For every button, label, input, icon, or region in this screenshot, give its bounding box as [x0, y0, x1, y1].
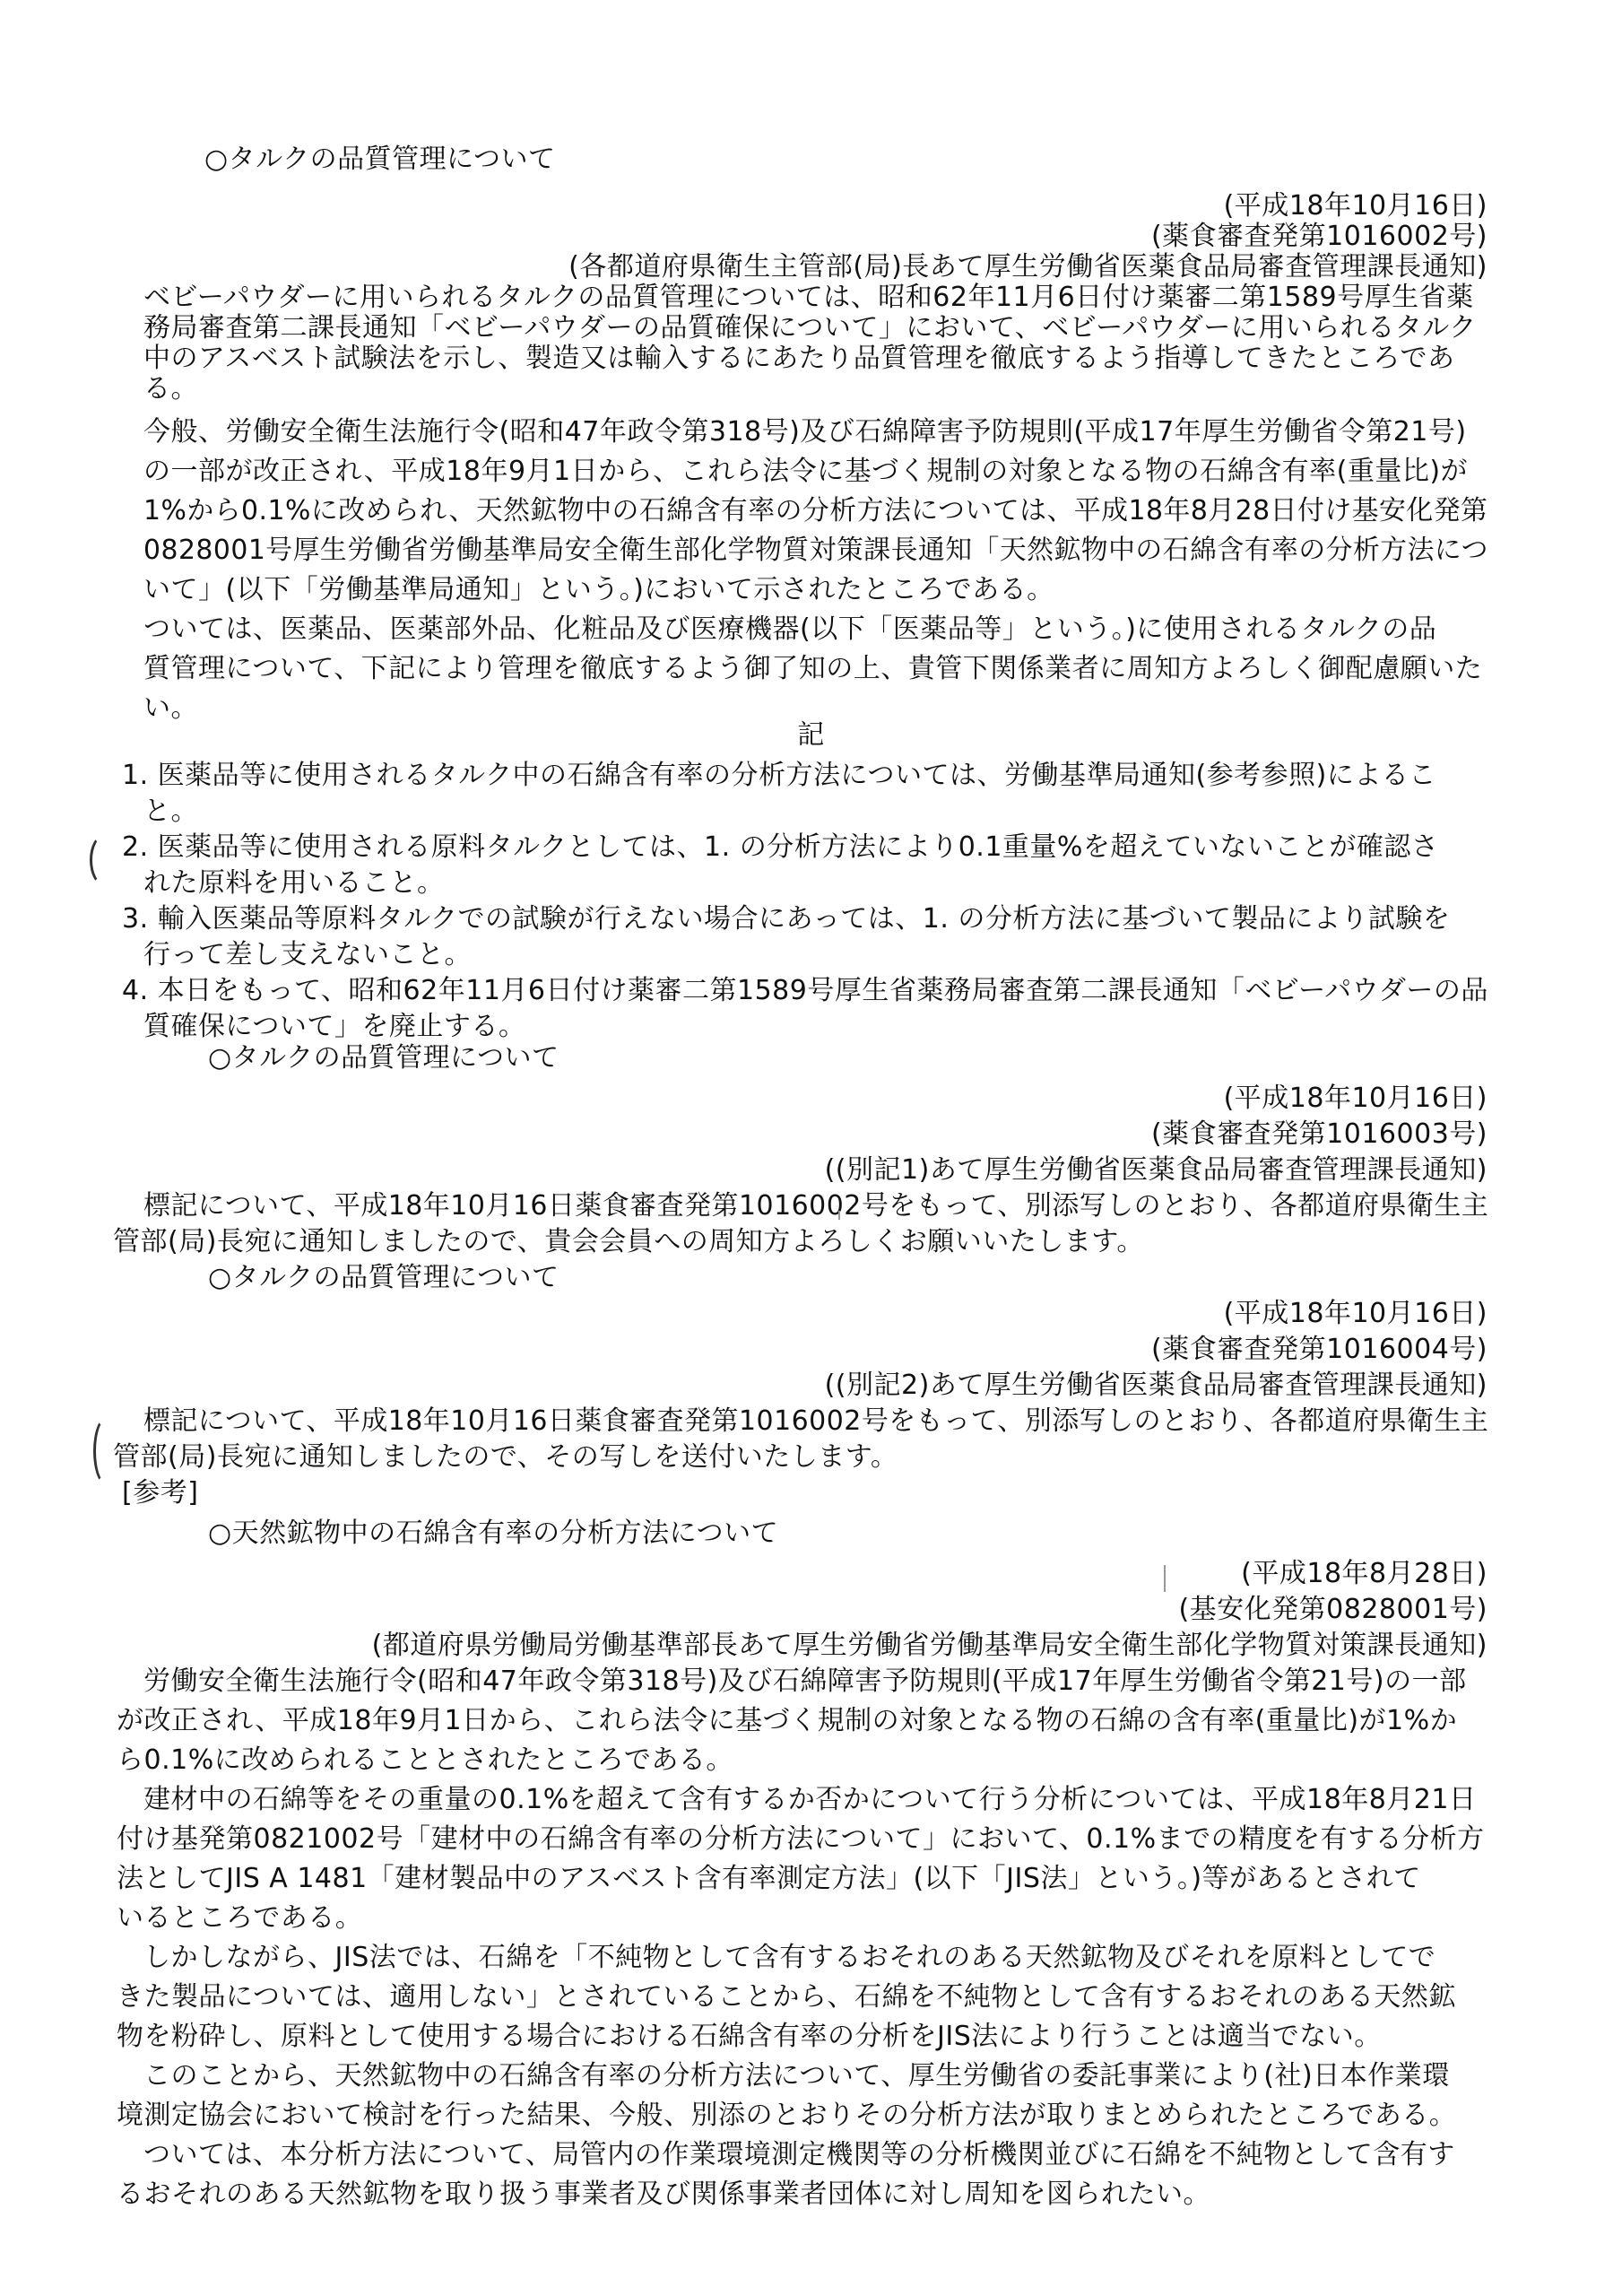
item-line: 質確保について」を廃止する。	[143, 1009, 525, 1045]
reference-body-line: るおそれのある天然鉱物を取り扱う事業者及び関係事業者団体に対し周知を図られたい。	[117, 2177, 1210, 2213]
reference-number: (基安化発第0828001号)	[1178, 1592, 1488, 1628]
handwritten-bracket-mark	[93, 1417, 119, 1485]
item-line: 行って差し支えないこと。	[143, 937, 472, 973]
reference-body-line: 労働安全衛生法施行令(昭和47年政令第318号)及び石綿障害予防規則(平成17年…	[143, 1664, 1467, 1700]
reference-addressee: (都道府県労働局労働基準部長あて厚生労働省労働基準局安全衛生部化学物質対策課長通…	[372, 1628, 1488, 1664]
section1-body-line: 今般、労働安全衛生法施行令(昭和47年政令第318号)及び石綿障害予防規則(平成…	[143, 414, 1467, 450]
reference-body-line: 境測定協会において検討を行った結果、今般、別添のとおりその分析方法が取りまとめら…	[117, 2098, 1456, 2134]
section1-body-line: ついては、医薬品、医薬部外品、化粧品及び医療機器(以下「医薬品等」という。)に使…	[143, 612, 1436, 648]
reference-body-line: いるところである。	[117, 1900, 362, 1936]
section2-title: ○タルクの品質管理について	[208, 1040, 559, 1076]
section3-body-line: 標記について、平成18年10月16日薬食審査発第1016002号をもって、別添写…	[143, 1404, 1488, 1439]
reference-body-line: ら0.1%に改められることとされたところである。	[117, 1743, 733, 1779]
section3-addressee: ((別記2)あて厚生労働省医薬食品局審査管理課長通知)	[825, 1368, 1488, 1404]
item-line: 4. 本日をもって、昭和62年11月6日付け薬審二第1589号厚生省薬務局審査第…	[122, 973, 1488, 1009]
reference-body-line: が改正され、平成18年9月1日から、これら法令に基づく規制の対象となる物の石綿の…	[117, 1703, 1457, 1739]
reference-body-line: このことから、天然鉱物中の石綿含有率の分析方法について、厚生労働省の委託事業によ…	[143, 2058, 1450, 2094]
section2-addressee: ((別記1)あて厚生労働省医薬食品局審査管理課長通知)	[825, 1152, 1488, 1188]
item-line: と。	[143, 794, 198, 830]
reference-body-line: 物を粉砕し、原料として使用する場合における石綿含有率の分析をJIS法により行うこ…	[117, 2019, 1382, 2055]
section1-title: ○タルクの品質管理について	[204, 142, 555, 178]
item-line: 1. 医薬品等に使用されるタルク中の石綿含有率の分析方法については、労働基準局通…	[122, 758, 1436, 794]
reference-body-line: 法としてJIS A 1481「建材製品中のアスベスト含有率測定方法」(以下「JI…	[117, 1861, 1421, 1897]
section2-number: (薬食審査発第1016003号)	[1151, 1117, 1488, 1152]
reference-body-line: 付け基発第0821002号「建材中の石綿含有率の分析方法について」において、0.…	[117, 1822, 1485, 1857]
handwritten-bracket-mark	[90, 834, 119, 886]
reference-title: ○天然鉱物中の石綿含有率の分析方法について	[208, 1516, 778, 1552]
item-line: れた原料を用いること。	[143, 865, 445, 901]
section1-body-line: 1%から0.1%に改められ、天然鉱物中の石綿含有率の分析方法については、平成18…	[143, 493, 1488, 529]
reference-body-line: 建材中の石綿等をその重量の0.1%を超えて含有するか否かについて行う分析について…	[143, 1782, 1476, 1818]
reference-date: (平成18年8月28日)	[1241, 1556, 1488, 1592]
section2-date: (平成18年10月16日)	[1224, 1081, 1488, 1117]
section1-body-line: いて」(以下「労働基準局通知」という。)において示されたところである。	[143, 572, 1054, 608]
section1-body-line: る。	[143, 371, 198, 407]
section3-title: ○タルクの品質管理について	[208, 1260, 559, 1296]
scan-artifact	[1164, 1565, 1166, 1592]
scanned-document-page: ○タルクの品質管理について (平成18年10月16日) (薬食審査発第10160…	[0, 0, 1622, 2296]
section1-body-line: 0828001号厚生労働省労働基準局安全衛生部化学物質対策課長通知「天然鉱物中の…	[143, 533, 1488, 569]
section3-number: (薬食審査発第1016004号)	[1151, 1332, 1488, 1368]
reference-label: [参考]	[122, 1475, 198, 1511]
item-line: 2. 医薬品等に使用される原料タルクとしては、1. の分析方法により0.1重量%…	[122, 830, 1438, 865]
item-line: 3. 輸入医薬品等原料タルクでの試験が行えない場合にあっては、1. の分析方法に…	[122, 901, 1450, 937]
reference-body-line: きた製品については、適用しない」とされていることから、石綿を不純物として含有する…	[117, 1979, 1456, 2015]
section3-body-line: 管部(局)長宛に通知しましたので、その写しを送付いたします。	[113, 1439, 898, 1475]
section1-body-line: の一部が改正され、平成18年9月1日から、これら法令に基づく規制の対象となる物の…	[143, 454, 1468, 490]
section2-body-line: 標記について、平成18年10月16日薬食審査発第1016002号をもって、別添写…	[143, 1188, 1488, 1224]
section3-date: (平成18年10月16日)	[1224, 1296, 1488, 1332]
reference-body-line: しかしながら、JIS法では、石綿を「不純物として含有するおそれのある天然鉱物及び…	[143, 1940, 1436, 1976]
section2-body-line: 管部(局)長宛に通知しましたので、貴会会員への周知方よろしくお願いいたします。	[113, 1224, 1144, 1260]
ki-heading: 記	[0, 717, 1622, 753]
section1-body-line: 質管理について、下記により管理を徹底するよう御了知の上、貴管下関係業者に周知方よ…	[143, 651, 1482, 687]
scan-artifact	[838, 1211, 840, 1220]
reference-body-line: ついては、本分析方法について、局管内の作業環境測定機関等の分析機関並びに石綿を不…	[143, 2137, 1455, 2173]
section1-body-line: 中のアスベスト試験法を示し、製造又は輸入するにあたり品質管理を徹底するよう指導し…	[143, 341, 1455, 377]
